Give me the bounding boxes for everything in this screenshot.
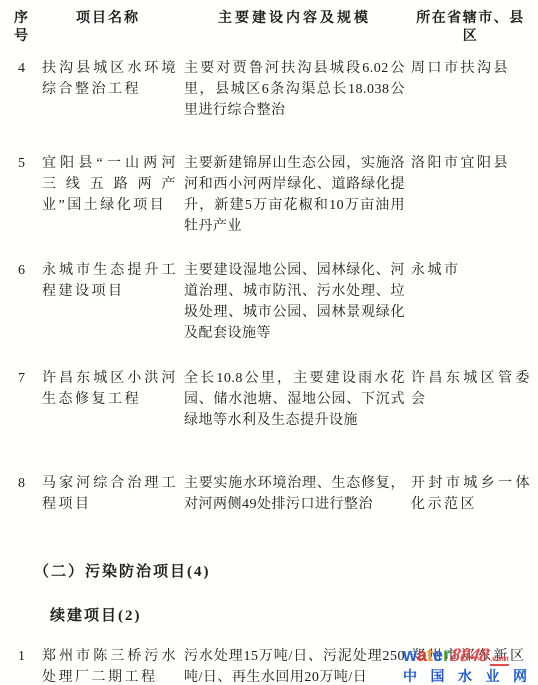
row-seq: 1 [8, 646, 42, 667]
table-header-row: 序号 项目名称 主要建设内容及规模 所在省辖市、县区 [8, 10, 532, 46]
document-page: 序号 项目名称 主要建设内容及规模 所在省辖市、县区 4 扶沟县城区水环境综合整… [0, 0, 538, 685]
row-location: 周口市扶沟县 [409, 58, 532, 79]
row-content: 主要对贾鲁河扶沟县城段6.02公里，县城区6条沟渠总长18.038公里进行综合整… [184, 58, 409, 121]
row-project-name: 扶沟县城区水环境综合整治工程 [42, 58, 184, 100]
watermark-domain: water8848.com [403, 646, 537, 666]
header-content-scale: 主要建设内容及规模 [184, 10, 409, 28]
row-seq: 4 [8, 58, 42, 79]
watermark-number: 8848 [450, 646, 491, 665]
watermark-tld: .com [490, 655, 509, 666]
row-seq: 8 [8, 473, 42, 494]
row-content: 全长10.8公里，主要建设雨水花园、储水池塘、湿地公园、下沉式绿地等水利及生态提… [184, 368, 409, 431]
row-project-name: 永城市生态提升工程建设项目 [42, 260, 184, 302]
row-seq: 5 [8, 153, 42, 174]
header-seq: 序号 [8, 10, 42, 46]
row-seq: 6 [8, 260, 42, 281]
watermark-letter: e [433, 646, 443, 664]
section-heading-pollution: （二）污染防治项目(4) [8, 563, 532, 581]
row-seq: 7 [8, 368, 42, 389]
row-content: 主要实施水环境治理、生态修复，对河两侧49处排污口进行整治 [184, 473, 409, 515]
row-content: 污水处理15万吨/日、污泥处理250吨/日、再生水回用20万吨/日 [184, 646, 409, 685]
row-location: 许昌东城区管委会 [409, 368, 532, 410]
watermark-chinese-name: 中国水业网 [403, 669, 538, 683]
row-project-name: 郑州市陈三桥污水处理厂二期工程 [42, 646, 184, 685]
row-project-name: 马家河综合治理工程项目 [42, 473, 184, 515]
row-content: 主要新建锦屏山生态公园，实施洛河和西小河两岸绿化、道路绿化提升，新建5万亩花椒和… [184, 153, 409, 237]
table-row: 4 扶沟县城区水环境综合整治工程 主要对贾鲁河扶沟县城段6.02公里，县城区6条… [8, 58, 532, 121]
subsection-heading-continued: 续建项目(2) [8, 607, 532, 625]
table-row: 5 宜阳县“一山两河三线五路两产业”国土绿化项目 主要新建锦屏山生态公园，实施洛… [8, 153, 532, 237]
water8848-watermark-logo: water8848.com 中国水业网 [403, 646, 537, 683]
table-row: 8 马家河综合治理工程项目 主要实施水环境治理、生态修复，对河两侧49处排污口进… [8, 473, 532, 515]
table-row: 7 许昌东城区小洪河生态修复工程 全长10.8公里，主要建设雨水花园、储水池塘、… [8, 368, 532, 431]
row-location: 开封市城乡一体化示范区 [409, 473, 532, 515]
row-location: 洛阳市宜阳县 [409, 153, 532, 174]
header-location: 所在省辖市、县区 [409, 10, 532, 46]
watermark-letter: a [417, 646, 427, 664]
watermark-letter: w [403, 646, 417, 664]
row-content: 主要建设湿地公园、园林绿化、河道治理、城市防汛、污水处理、垃圾处理、城市公园、园… [184, 260, 409, 344]
row-location: 永城市 [409, 260, 532, 281]
row-project-name: 许昌东城区小洪河生态修复工程 [42, 368, 184, 410]
table-row: 6 永城市生态提升工程建设项目 主要建设湿地公园、园林绿化、河道治理、城市防汛、… [8, 260, 532, 344]
watermark-letter: r [443, 646, 450, 664]
row-project-name: 宜阳县“一山两河三线五路两产业”国土绿化项目 [42, 153, 184, 216]
header-project-name: 项目名称 [42, 10, 184, 28]
